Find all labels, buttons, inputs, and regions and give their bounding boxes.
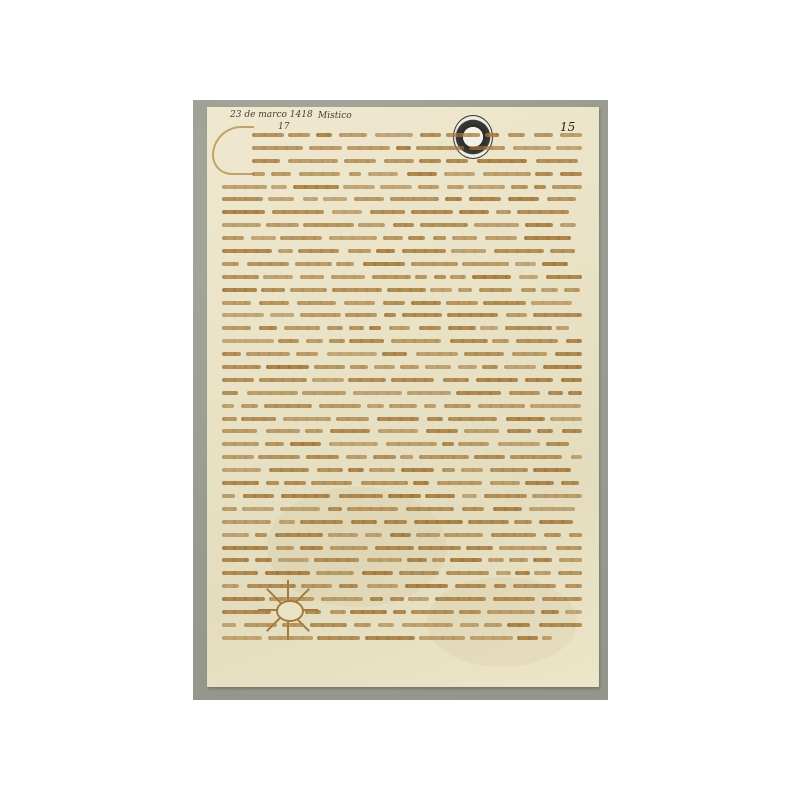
text-line [222,414,582,425]
text-line [222,568,582,579]
text-line [222,285,582,296]
text-line [222,555,582,566]
text-line [222,504,582,515]
text-line [222,517,582,528]
text-line [222,439,582,450]
text-line [222,233,582,244]
text-line [222,143,582,154]
text-line [222,491,582,502]
text-line [222,401,582,412]
manuscript-text [222,130,582,646]
text-line [222,362,582,373]
text-line [222,349,582,360]
text-line [222,220,582,231]
text-line [222,388,582,399]
top-note: Mistico [318,111,352,121]
date-annotation: 23 de marco 1418 [230,110,313,120]
text-line [222,478,582,489]
text-line [222,182,582,193]
text-line [222,452,582,463]
notarial-sign [258,580,318,640]
text-line [222,310,582,321]
text-line [222,375,582,386]
text-line [222,259,582,270]
text-line [222,207,582,218]
text-line [222,156,582,167]
text-line [222,194,582,205]
text-line [222,323,582,334]
text-line [222,426,582,437]
text-line [222,298,582,309]
text-line [222,465,582,476]
text-line [222,130,582,141]
text-line [222,246,582,257]
text-line [222,169,582,180]
text-line [222,530,582,541]
text-line [222,336,582,347]
text-line [222,543,582,554]
text-line [222,272,582,283]
